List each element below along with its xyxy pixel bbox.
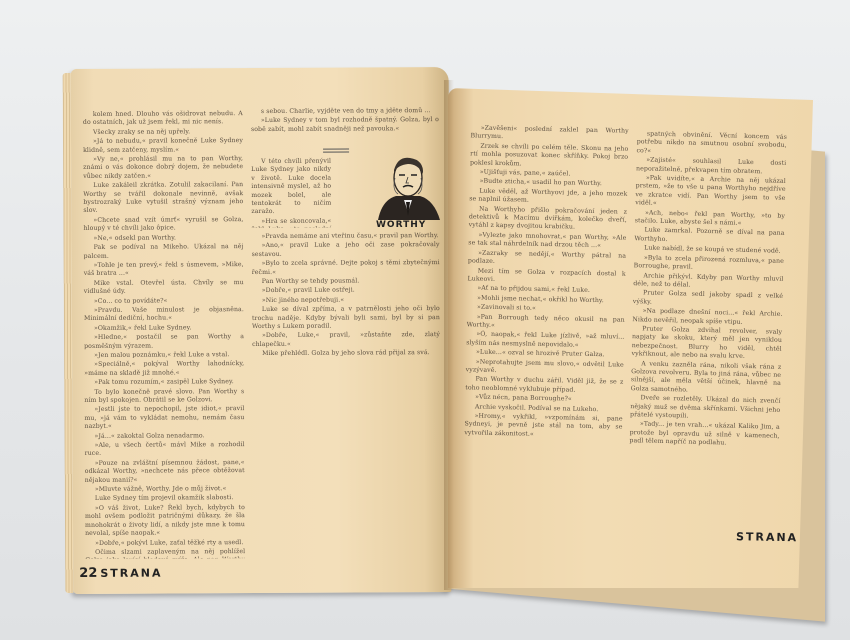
paragraph: Pan Worthy v duchu zářil. Viděl již, že … — [465, 376, 623, 396]
paragraph: »Pak tomu rozumím,« zasipěl Luke Sydney. — [84, 378, 244, 387]
paragraph: »Tohle je ten prevý,« řekl s úsmevem, »M… — [84, 261, 244, 279]
left-page: kolem hned. Dlouho vás ošidrovat nebudu.… — [71, 67, 452, 594]
paragraph: »Chcete snad vzít úmrť« vyrušil se Golza… — [83, 216, 243, 234]
paragraph: »Ó, naopak,« řekl Luke jízlivě, »až mluv… — [466, 331, 624, 351]
paragraph: Dveře se rozletěly. Ukázal do nich zvenč… — [630, 394, 781, 423]
paragraph: To bylo konečně pravé slovo. Pan Worthy … — [84, 388, 244, 406]
paragraph: Zrzek se chvíli po celém těle. Skonu na … — [470, 142, 628, 171]
page-label: STRANA — [100, 567, 162, 580]
paragraph: »Hromy,« vykřikl, »vzpomínám si, pane Sy… — [464, 412, 622, 441]
paragraph: »Tady... je ten vrah...« ukázal Kaliko J… — [629, 421, 780, 450]
paragraph: »Nic jiného nepotřebuji.« — [252, 296, 440, 305]
left-page-column-2: »Pravda nemáme ani vteřinu času,« pravil… — [251, 232, 441, 563]
left-page-column-1: kolem hned. Dlouho vás ošidrovat nebudu.… — [83, 110, 245, 559]
paragraph: Luke Sydney tím projevil okamžik slabost… — [85, 495, 245, 504]
paragraph: »Pak uvidíte,« a Archie na něj ukázal pr… — [635, 174, 786, 211]
paragraph: »Okamžik,« řekl Luke Sydney. — [84, 324, 244, 333]
paragraph: »Neprotahujte jsem mu slovo,« odvětil Lu… — [466, 358, 624, 378]
paragraph: »Ale, u všech čertů« mávl Mike a rozhodi… — [85, 441, 245, 459]
paragraph: »O váš život, Luke? Řekl bych, kdybych t… — [85, 504, 245, 538]
paragraph: »Luke Sydney v tom byl rozhodně špatný. … — [251, 116, 439, 134]
paragraph: »Hra se skoncovala,« řekl Luke, »to posl… — [251, 217, 331, 228]
paragraph: »Já to nebudu,« pravil konečně Luke Sydn… — [83, 137, 243, 155]
paragraph: »Ne,« odsekl pan Worthy. — [83, 234, 243, 243]
paragraph: »Zazraky se nedějí,« Worthy pátral na po… — [468, 249, 626, 269]
paragraph: »Já...« zakoktal Golza nenadarmo. — [85, 432, 245, 441]
paragraph: s sebou. Charlie, vyjděte ven do tmy a j… — [251, 107, 439, 116]
paragraph: Luke zakáleil zkrátka. Zotulil zakacilan… — [83, 181, 243, 215]
paragraph: A venku zazněla rána, nikoli však rána z… — [631, 360, 782, 397]
page-number-left: 22STRANA — [79, 566, 162, 581]
right-page-column-1: »Zavěšeni« poslední zaklel pan Worthy Bl… — [461, 124, 629, 585]
paragraph: kolem hned. Dlouho vás ošidrovat nebudu.… — [83, 110, 243, 128]
paragraph: »Jen malou poznámku,« řekl Luke a vstal. — [84, 351, 244, 360]
paragraph: »Vy ne,« prohlásil mu na to pan Worthy, … — [83, 155, 243, 181]
paragraph: »Co... co to povídáte?« — [84, 297, 244, 306]
paragraph: »Bylo to zcela správné. Dejte pokoj s tě… — [252, 259, 440, 277]
paragraph: »Mluvte vážně, Worthy. Jde o můj život.« — [85, 485, 245, 494]
page-number: 22 — [79, 566, 97, 581]
paragraph: »Hledne,« postačil se pan Worthy a posmě… — [84, 333, 244, 351]
worthy-illustration — [368, 150, 448, 228]
paragraph: »Pouze na zvláštní písemnou žádost, pane… — [85, 459, 245, 485]
left-page-column-2-top: s sebou. Charlie, vyjděte ven do tmy a j… — [251, 107, 439, 136]
paragraph: »Dobře,« pokývl Luke, zaťal těžké rty a … — [85, 539, 245, 548]
paragraph: spatných obvinění. Věcní koncem vás potř… — [636, 130, 787, 159]
separator-rule — [323, 149, 349, 150]
right-page: »Zavěšeni« poslední zaklel pan Worthy Bl… — [448, 88, 813, 588]
separator-rule — [323, 152, 349, 153]
paragraph: Pak se podíval na Mikeho. Ukázal na něj … — [84, 243, 244, 261]
paragraph: »Pravdu. Vaše minulost je objasněna. Min… — [84, 306, 244, 324]
paragraph: Na Worthyho přišlo pokračování jeden z d… — [469, 205, 627, 234]
page-label: STRANA — [736, 530, 798, 544]
paragraph: Luke se díval zpříma, a v patrnělosti je… — [252, 305, 440, 331]
paragraph: »Zavěšeni« poslední zaklel pan Worthy Bl… — [470, 124, 628, 144]
paragraph: Mike vstal. Otevřel ústa. Chvíly se mu v… — [84, 279, 244, 297]
paragraph: »Vylezte jako mnohovrat,« pan Worthy, »A… — [468, 231, 626, 251]
paragraph: Mike přehlédl. Golza by jeho slova rád p… — [252, 349, 440, 358]
paragraph: Pan Worthy se tehdy pousmál. — [252, 277, 440, 286]
left-page-column-2-beside-illustration: V této chvíli přenývil Luke Sydney jako … — [251, 158, 331, 228]
paragraph: Luke věděl, až Worthyovi jde, a jeho moz… — [469, 187, 627, 207]
paragraph: V této chvíli přenývil Luke Sydney jako … — [251, 158, 331, 217]
paragraph: »Speciálně,« pokýval Worthy lahodnícky, … — [84, 360, 244, 378]
illustration-caption: WORTHY — [376, 220, 426, 230]
paragraph: Očima slzami zaplaveným na něj pohlížel … — [85, 548, 245, 559]
paragraph: »Pravda nemáme ani vteřinu času,« pravil… — [251, 232, 439, 241]
paragraph: »Jestli jste to nepochopil, jste idiot,«… — [84, 405, 244, 431]
right-page-column-2: spatných obvinění. Věcní koncem vás potř… — [627, 130, 787, 544]
book-gutter-fold — [444, 80, 454, 590]
portrait-sketch-icon — [368, 150, 448, 228]
paragraph: »Dobře,« pravil Luke ostřeji. — [252, 287, 440, 296]
paragraph: Pruter Golza zdvihal revolver, svaly nap… — [631, 325, 782, 362]
paragraph: »Dobře, Luke,« pravil, »zůstaňte zde, zl… — [252, 332, 440, 350]
paragraph: Všecky zraky se na něj upřely. — [83, 128, 243, 137]
paragraph: »Ano,« pravil Luke a jeho oči zase pokra… — [252, 241, 440, 259]
paragraph: Mezi tím se Golza v rozpacích dostal k L… — [467, 267, 625, 287]
